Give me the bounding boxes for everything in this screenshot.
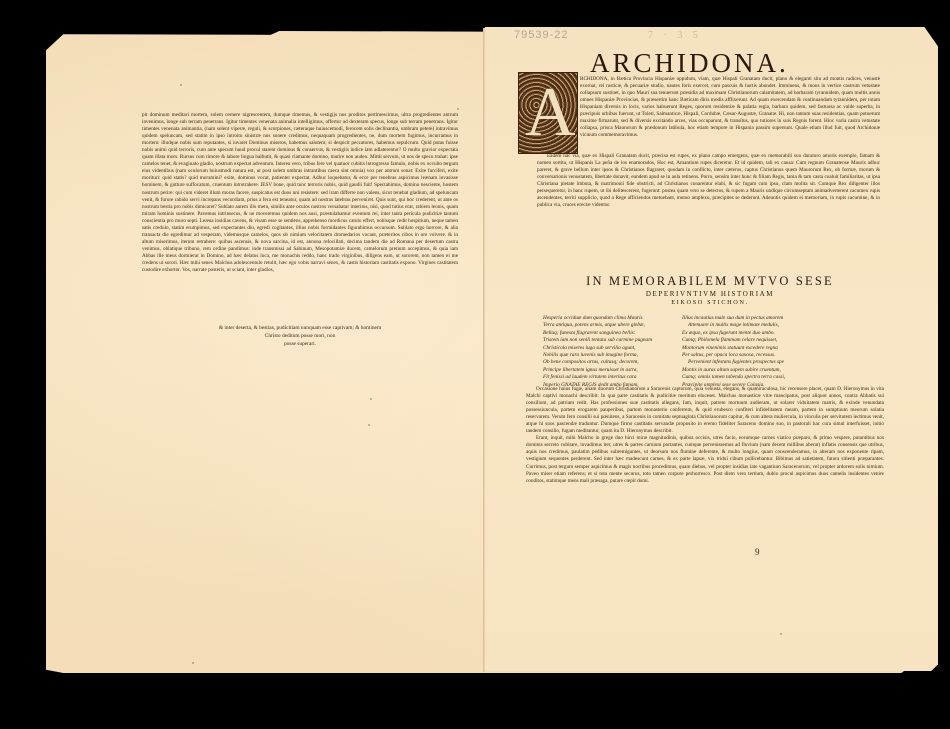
- intro-paragraph: RCHIDONA, in Bætica Provincia Hispaniæ o…: [580, 76, 880, 139]
- poem-line: Cumq; Philomela flammam celare nequisset…: [682, 337, 852, 344]
- foxing-speck: [370, 398, 372, 400]
- page-number: 9: [755, 547, 760, 557]
- poem-line: Montorum vinenimis statuunt excedere reg…: [682, 345, 852, 352]
- prose-paragraph-2: Erant, inquit, mihi Malcho in grege duo …: [526, 435, 884, 484]
- left-body-text: pit dominum meditari mortem, solem cerne…: [142, 112, 458, 274]
- page-title: ARCHIDONA.: [590, 48, 789, 79]
- poem-line: Ob bene compositos artus, cultusq; decor…: [543, 359, 703, 366]
- left-tail-line-1: & inter deserta, & bestias, pudicitiam n…: [142, 325, 458, 332]
- poem-line: Fit fenissi ad laudem virtutem interitus…: [543, 374, 703, 381]
- poem-line: Terra antiqua, potens armis, atque ubere…: [543, 322, 703, 329]
- poem-line: Nobilis quæ rara iuvenis sub imagine for…: [543, 352, 703, 359]
- poem-column-right: Illius incautius male sua dum in pectus …: [682, 315, 852, 389]
- poem-line: Cumq; omnis tamen tabenda spectra terra …: [682, 374, 852, 381]
- foxing-speck: [180, 84, 182, 86]
- drop-cap-letter: A: [525, 75, 576, 151]
- poem-line: Montis in auras altum sapem subire cruen…: [682, 367, 852, 374]
- poem-line: Tristem iam non senili tentata sub carmi…: [543, 337, 703, 344]
- history-paragraph: Eadem hac via, quæ ex Hispali Granatam d…: [537, 153, 880, 209]
- foxing-speck: [192, 662, 194, 664]
- poem-column-left: Hesperia occiduæ dum quondam clima Mauri…: [543, 315, 703, 389]
- left-tail-line-2: Christo deditum posse mori, non: [142, 333, 458, 340]
- foxing-speck: [368, 424, 370, 426]
- poem-line: Illius incautius male sua dum in pectus …: [682, 315, 852, 322]
- center-fold: [483, 28, 485, 672]
- poem-heading-line-2: DEPERIVNTIVM HISTORIAM: [540, 290, 880, 298]
- poem-line: Bellaq; funesta flagrarent sanguinea bel…: [543, 330, 703, 337]
- poem-heading-line-1: IN MEMORABILEM MVTVO SESE: [540, 274, 880, 289]
- catalog-number: 79539-22: [514, 29, 569, 41]
- prose-paragraph-1: Occasione huius fugæ, aliam duorum Chris…: [526, 386, 884, 435]
- poem-heading: IN MEMORABILEM MVTVO SESE DEPERIVNTIVM H…: [540, 274, 880, 306]
- faint-page-mark: 7 · 3 5: [648, 30, 702, 41]
- ornamental-drop-cap: A: [518, 72, 578, 154]
- prose-section: Occasione huius fugæ, aliam duorum Chris…: [526, 386, 884, 485]
- intro-text: RCHIDONA, in Bætica Provincia Hispaniæ o…: [580, 76, 880, 139]
- left-tail-line-3: posse superari.: [142, 341, 458, 348]
- poem-line: Attenuare in multis mage intimate meduli…: [682, 322, 852, 329]
- poem-line: Pervenient infestans fugientes prospectu…: [682, 359, 852, 366]
- poem-line: Hesperia occiduæ dum quondam clima Mauri…: [543, 315, 703, 322]
- foxing-speck: [457, 108, 459, 110]
- poem-line: Christicola miseres iuga sub servilia ag…: [543, 345, 703, 352]
- history-text: Eadem hac via, quæ ex Hispali Granatam d…: [537, 153, 880, 209]
- left-page-body: pit dominum meditari mortem, solem cerne…: [142, 112, 458, 274]
- foxing-speck: [780, 633, 782, 635]
- poem-heading-line-3: EIKOSO STICHON.: [540, 299, 880, 306]
